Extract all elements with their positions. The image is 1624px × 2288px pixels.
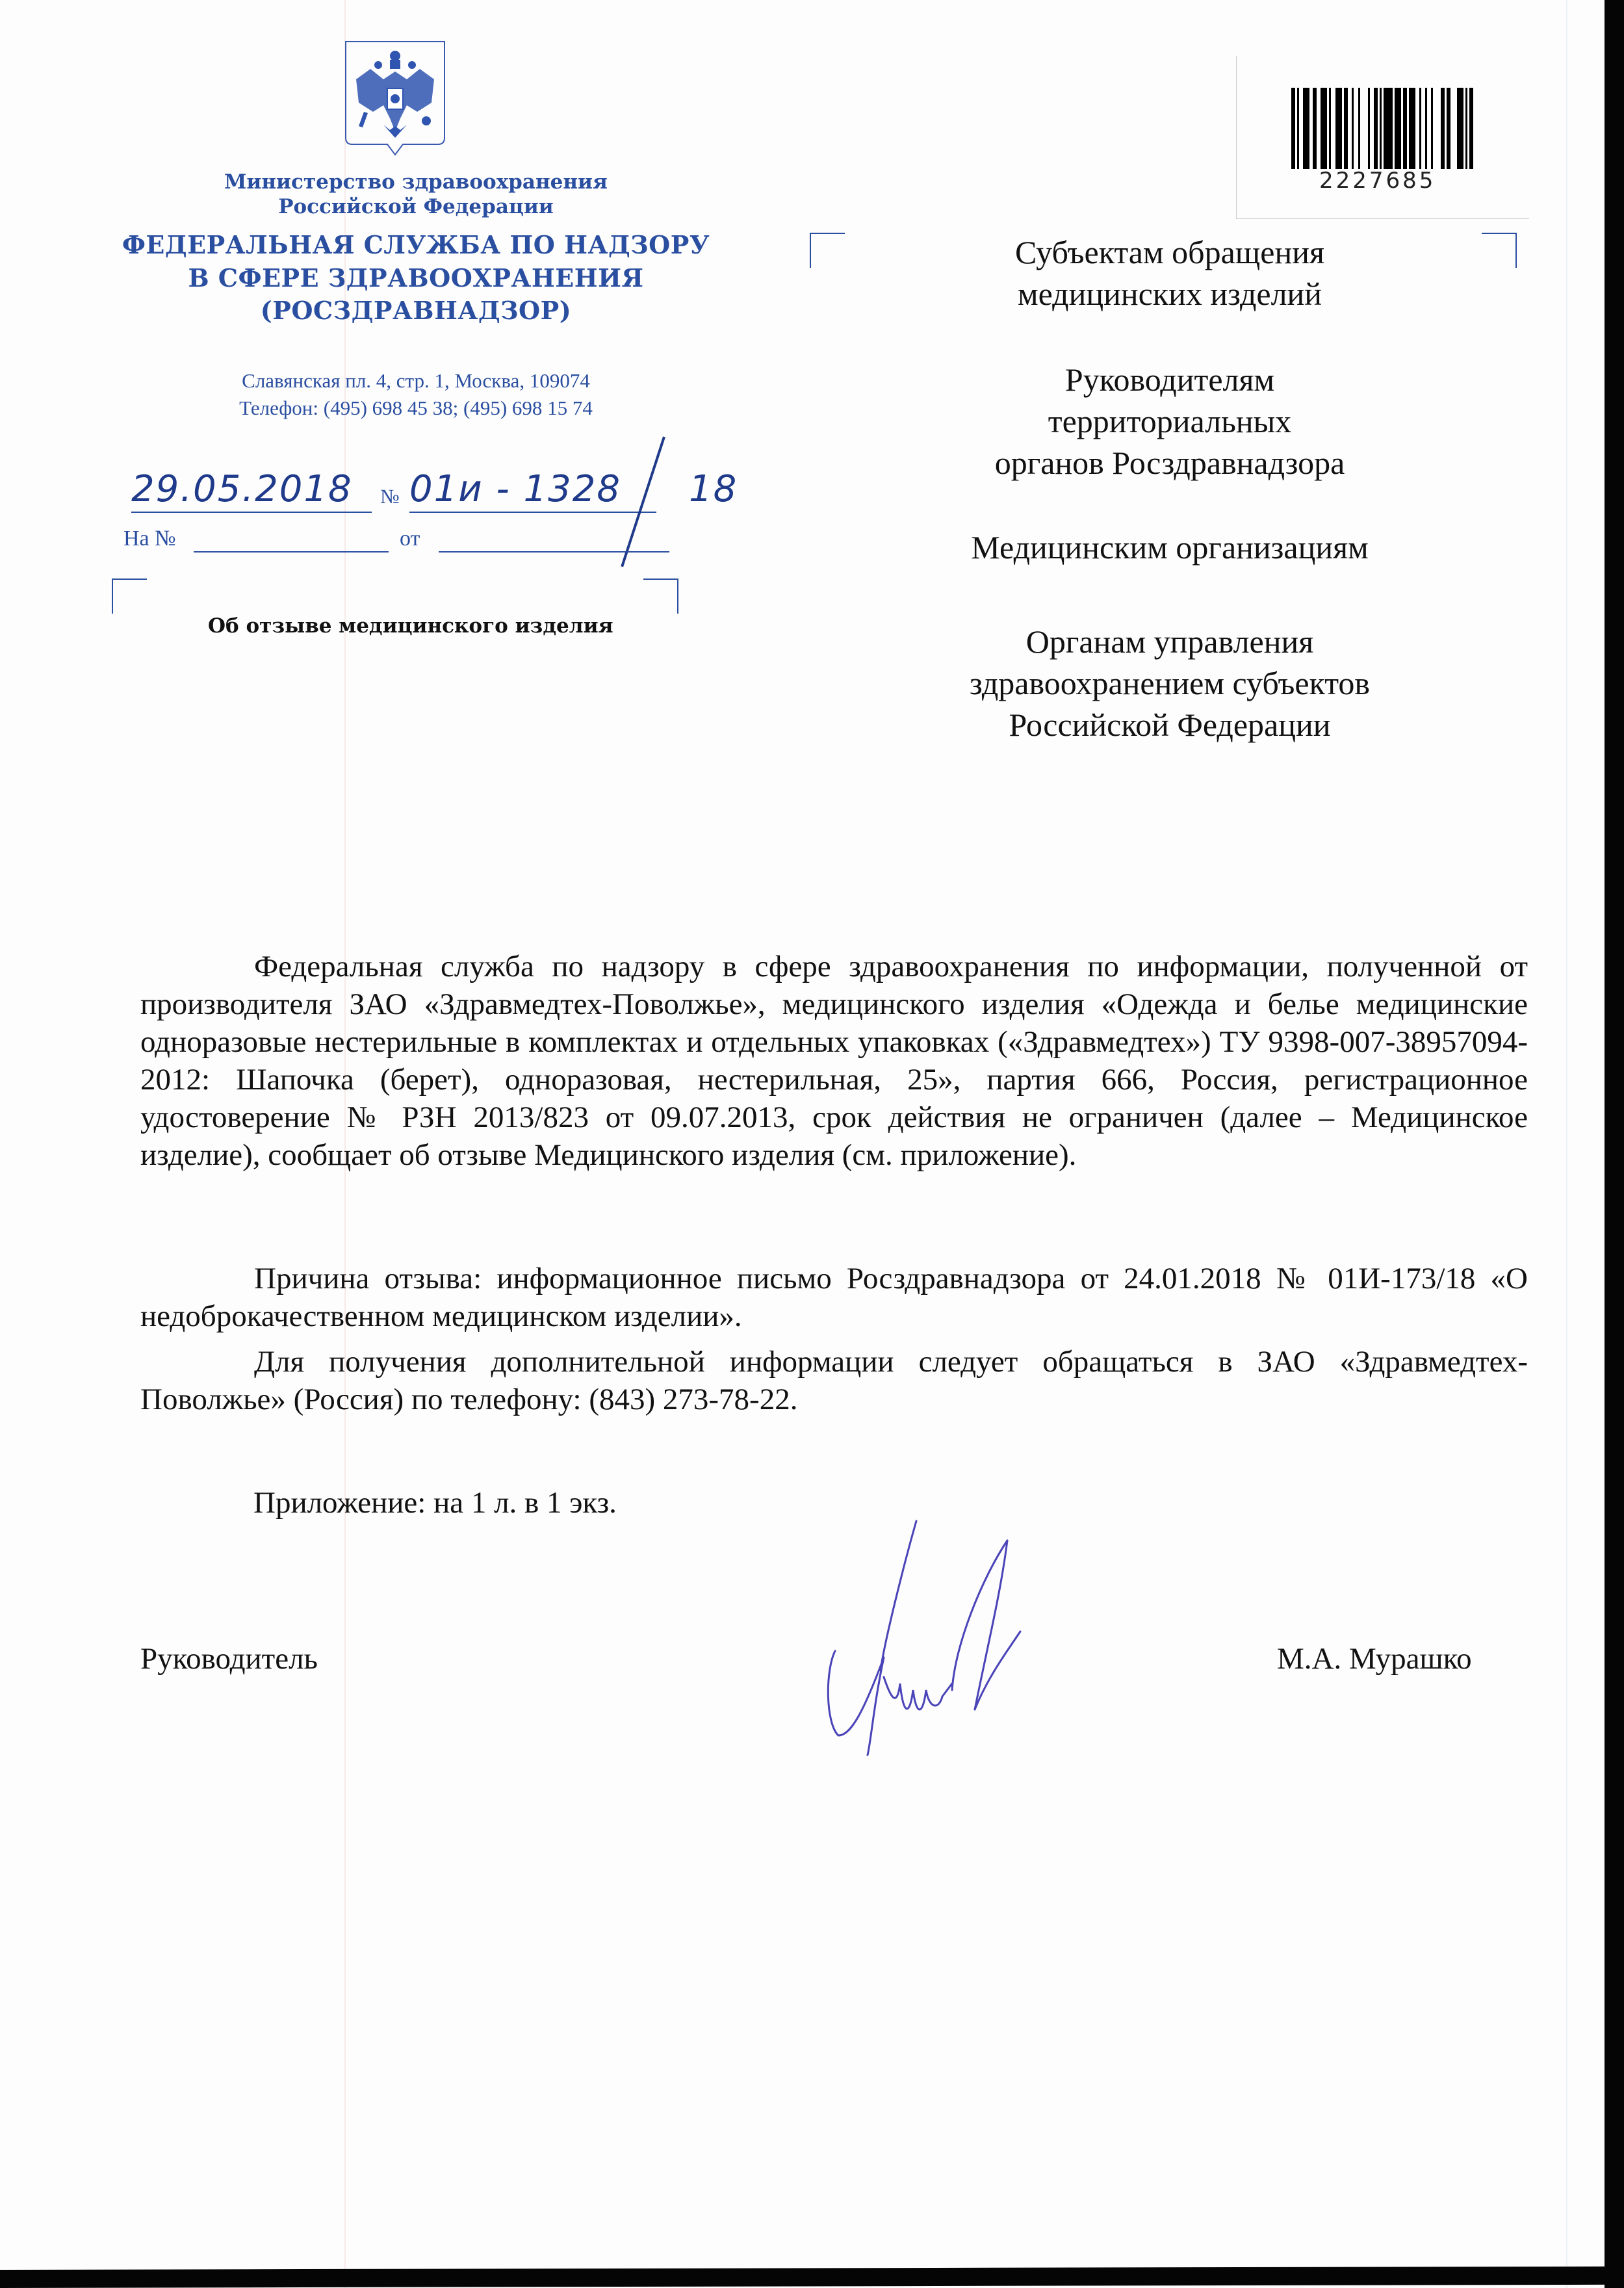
recall-reason-paragraph: Причина отзыва: информационное письмо Ро… — [140, 1260, 1528, 1335]
addressee-line: территориальных — [910, 400, 1430, 442]
addressee-block: Органам управления здравоохранением субъ… — [910, 621, 1430, 746]
handwritten-signature-icon — [812, 1514, 1176, 1774]
body-paragraph: Для получения дополнительной информации … — [140, 1343, 1528, 1418]
subject-bracket-left — [112, 578, 147, 614]
reply-to-label: На № — [123, 526, 176, 551]
letterhead-phone: Телефон: (495) 698 45 38; (495) 698 15 7… — [117, 396, 715, 420]
addressee-bracket-right — [1482, 233, 1517, 268]
recall-notice-paragraph: Федеральная служба по надзору в сфере зд… — [140, 948, 1528, 1174]
scan-edge-right — [1605, 0, 1624, 2288]
addressee-line: медицинских изделий — [910, 273, 1430, 315]
addressee-block: Субъектам обращения медицинских изделий — [910, 231, 1430, 315]
attachment-note: Приложение: на 1 л. в 1 экз. — [253, 1485, 617, 1520]
service-name-line-1: ФЕДЕРАЛЬНАЯ СЛУЖБА ПО НАДЗОРУ — [91, 230, 741, 259]
registration-date: 29.05.2018 — [131, 468, 372, 513]
service-name-line-2: В СФЕРЕ ЗДРАВООХРАНЕНИЯ — [91, 263, 741, 292]
addressee-block: Медицинским организациям — [910, 526, 1430, 568]
addressee-line: Субъектам обращения — [910, 231, 1430, 273]
contact-info-paragraph: Для получения дополнительной информации … — [140, 1343, 1528, 1418]
addressee-bracket-left — [810, 233, 845, 268]
ministry-name-line-1: Министерство здравоохранения — [117, 170, 715, 194]
addressee-block: Руководителям территориальных органов Ро… — [910, 359, 1430, 484]
subject-bracket-right — [643, 578, 678, 614]
reply-from-date-field — [439, 551, 669, 552]
reply-to-number-field — [194, 551, 389, 552]
registration-number-suffix: 18 — [689, 468, 738, 510]
registration-row: 29.05.2018 № 01и - 1328 18 — [123, 468, 806, 520]
barcode-icon — [1291, 88, 1486, 169]
scan-fold-line — [1566, 0, 1567, 2288]
addressee-line: Руководителям — [910, 359, 1430, 400]
registration-number: 01и - 1328 — [409, 468, 656, 513]
letterhead-address: Славянская пл. 4, стр. 1, Москва, 109074 — [117, 369, 715, 393]
letter-subject: Об отзыве медицинского изделия — [208, 614, 613, 638]
addressee-line: Органам управления — [910, 621, 1430, 662]
coat-of-arms-icon — [344, 40, 446, 156]
signer-name: М.А. Мурашко — [1277, 1641, 1472, 1676]
scan-edge-bottom — [0, 2267, 1624, 2288]
addressee-line: органов Росздравнадзора — [910, 442, 1430, 484]
addressee-line: Медицинским организациям — [910, 526, 1430, 568]
ministry-name-line-2: Российской Федерации — [117, 195, 715, 218]
reply-from-label: от — [400, 526, 420, 551]
body-paragraph: Федеральная служба по надзору в сфере зд… — [140, 948, 1528, 1174]
addressee-line: здравоохранением субъектов — [910, 662, 1430, 704]
barcode-number: 2227685 — [1319, 168, 1436, 194]
signer-title: Руководитель — [140, 1641, 318, 1676]
body-paragraph: Причина отзыва: информационное письмо Ро… — [140, 1260, 1528, 1335]
registration-number-label: № — [380, 485, 400, 508]
addressee-line: Российской Федерации — [910, 704, 1430, 746]
service-name-line-3: (РОСЗДРАВНАДЗОР) — [91, 296, 741, 325]
